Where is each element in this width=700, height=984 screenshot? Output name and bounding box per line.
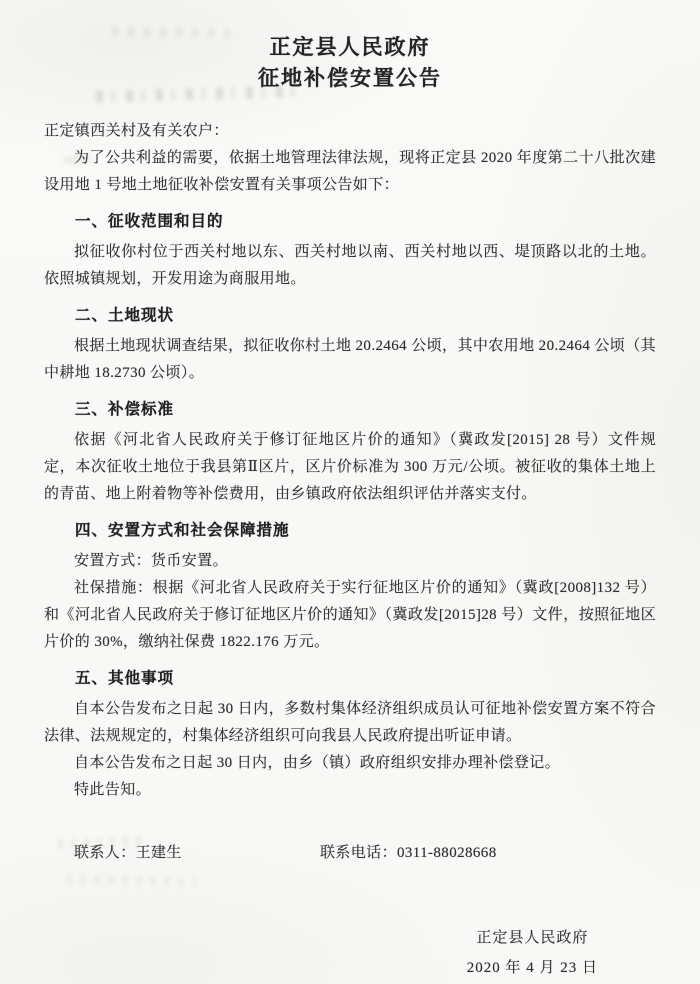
document-title: 正定县人民政府 征地补偿安置公告 — [44, 32, 656, 94]
contact-phone: 联系电话：0311-88028668 — [320, 845, 497, 861]
section-5-paragraph-hearing: 自本公告发布之日起 30 日内，多数村集体经济组织成员认可征地补偿安置方案不符合… — [44, 696, 656, 750]
section-4-paragraph-social-security: 社保措施：根据《河北省人民政府关于实行征地区片价的通知》（冀政[2008]132… — [44, 575, 656, 656]
section-5-heading: 五、其他事项 — [44, 665, 656, 692]
signature-block: 正定县人民政府 2020 年 4 月 23 日 — [44, 923, 656, 983]
section-2-paragraph: 根据土地现状调查结果，拟征收你村土地 20.2464 公顷，其中农用地 20.2… — [44, 333, 656, 387]
document-body: 正定镇西关村及有关农户： 为了公共利益的需要，依据土地管理法律法规，现将正定县 … — [44, 118, 656, 983]
contact-person: 联系人：王建生 — [74, 845, 182, 861]
closing-line: 特此告知。 — [44, 777, 656, 804]
intro-paragraph: 为了公共利益的需要，依据土地管理法律法规，现将正定县 2020 年度第二十八批次… — [44, 145, 656, 199]
section-4-paragraph-resettlement: 安置方式：货币安置。 — [44, 548, 656, 575]
signature-issuer: 正定县人民政府 — [467, 923, 598, 953]
title-line-subject: 征地补偿安置公告 — [44, 63, 656, 94]
section-1-paragraph: 拟征收你村位于西关村地以东、西关村地以南、西关村地以西、堤顶路以北的土地。依照城… — [44, 239, 656, 293]
section-2-heading: 二、土地现状 — [44, 302, 656, 329]
section-1-heading: 一、征收范围和目的 — [44, 208, 656, 235]
section-3-paragraph: 依据《河北省人民政府关于修订征地区片价的通知》（冀政发[2015] 28 号）文… — [44, 427, 656, 508]
section-5-paragraph-registration: 自本公告发布之日起 30 日内，由乡（镇）政府组织安排办理补偿登记。 — [44, 750, 656, 777]
contact-row: 联系人：王建生 联系电话：0311-88028668 — [44, 840, 656, 867]
document-page: 正定县人民政府 征地补偿安置公告 正定镇西关村及有关农户： 为了公共利益的需要，… — [0, 0, 700, 984]
signature-date: 2020 年 4 月 23 日 — [467, 953, 598, 983]
section-3-heading: 三、补偿标准 — [44, 396, 656, 423]
section-4-heading: 四、安置方式和社会保障措施 — [44, 517, 656, 544]
salutation: 正定镇西关村及有关农户： — [44, 118, 656, 145]
title-line-issuer: 正定县人民政府 — [44, 32, 656, 63]
